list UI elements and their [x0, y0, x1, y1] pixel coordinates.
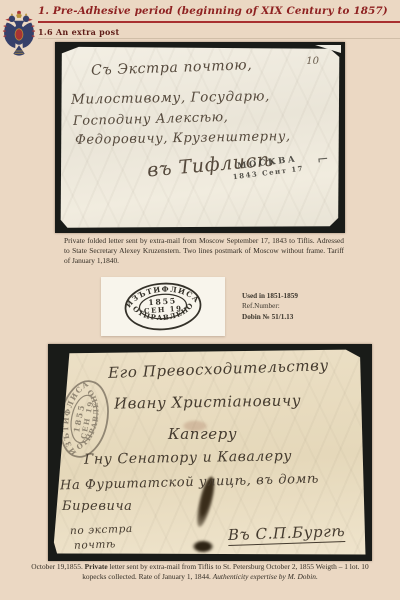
address-line: На Фурштатской улицѣ, въ домѣ: [60, 472, 319, 494]
cover2-photo: ИЗЪТИФЛИСА ОТПРАВЛЕНО 1855 СЕН 19 Его Пр…: [48, 344, 372, 561]
caption-bold: Private: [85, 562, 108, 571]
address-line: Капгеру: [168, 425, 237, 443]
cover2-caption: October 19,1855. Private letter sent by …: [28, 562, 372, 582]
oval-postmark-illustration: ИЗЪТИФЛИСА ОТПРАВЛЕНО 1855 СЕН 19: [101, 277, 225, 336]
tiflis-oval-postmark: ИЗЪТИФЛИСА ОТПРАВЛЕНО 1855 СЕН 19: [104, 276, 221, 337]
address-line: Ивану Христiановичу: [114, 391, 301, 412]
postmark-usage: Used in 1851-1859: [242, 291, 298, 301]
caption-expertise: Authenticity expertise by M. Dobin.: [213, 572, 318, 581]
manuscript-rate-mark: 10: [306, 56, 319, 67]
reference-value: Dobin № 51/1.13: [242, 312, 298, 322]
manuscript-line: Федоровичу, Крузенштерну,: [75, 129, 291, 148]
section-subtitle: 1.6 An extra post: [38, 27, 119, 37]
postmark-reference: Used in 1851-1859 Ref.Number: Dobin № 51…: [242, 291, 298, 322]
manuscript-line: Милостивому, Государю,: [71, 88, 270, 107]
manuscript-line: Съ Экстра почтою,: [91, 57, 253, 79]
extra-post-note: по экстра: [70, 523, 133, 537]
cover1-caption: Private folded letter sent by extra-mail…: [64, 236, 344, 266]
cover1-letter: Съ Экстра почтою, Милостивому, Государю,…: [59, 46, 341, 229]
title-divider: [38, 21, 400, 23]
exhibit-page: 1. Pre-Adhesive period (beginning of XIX…: [0, 0, 400, 600]
caption-date: October 19,1855.: [31, 562, 84, 571]
address-line: Гну Сенатору и Кавалеру: [84, 448, 292, 468]
reference-label: Ref.Number:: [242, 301, 298, 311]
destination-note: Въ С.П.Бургѣ: [228, 522, 346, 546]
page-title: 1. Pre-Adhesive period (beginning of XIX…: [38, 5, 398, 17]
subtitle-divider: [38, 38, 400, 39]
postmark-frame-mark: ⌐: [316, 152, 329, 169]
extra-post-note: почтѣ: [74, 538, 116, 551]
cover2-envelope: ИЗЪТИФЛИСА ОТПРАВЛЕНО 1855 СЕН 19 Его Пр…: [52, 348, 368, 557]
manuscript-line: Господину Алексѣю,: [73, 110, 229, 129]
address-line: Его Превосходительству: [108, 356, 329, 382]
cover1-photo: Съ Экстра почтою, Милостивому, Государю,…: [55, 42, 345, 233]
address-line: Биревича: [62, 499, 133, 514]
ink-blot: [192, 540, 214, 553]
imperial-eagle-emblem: [2, 9, 36, 57]
